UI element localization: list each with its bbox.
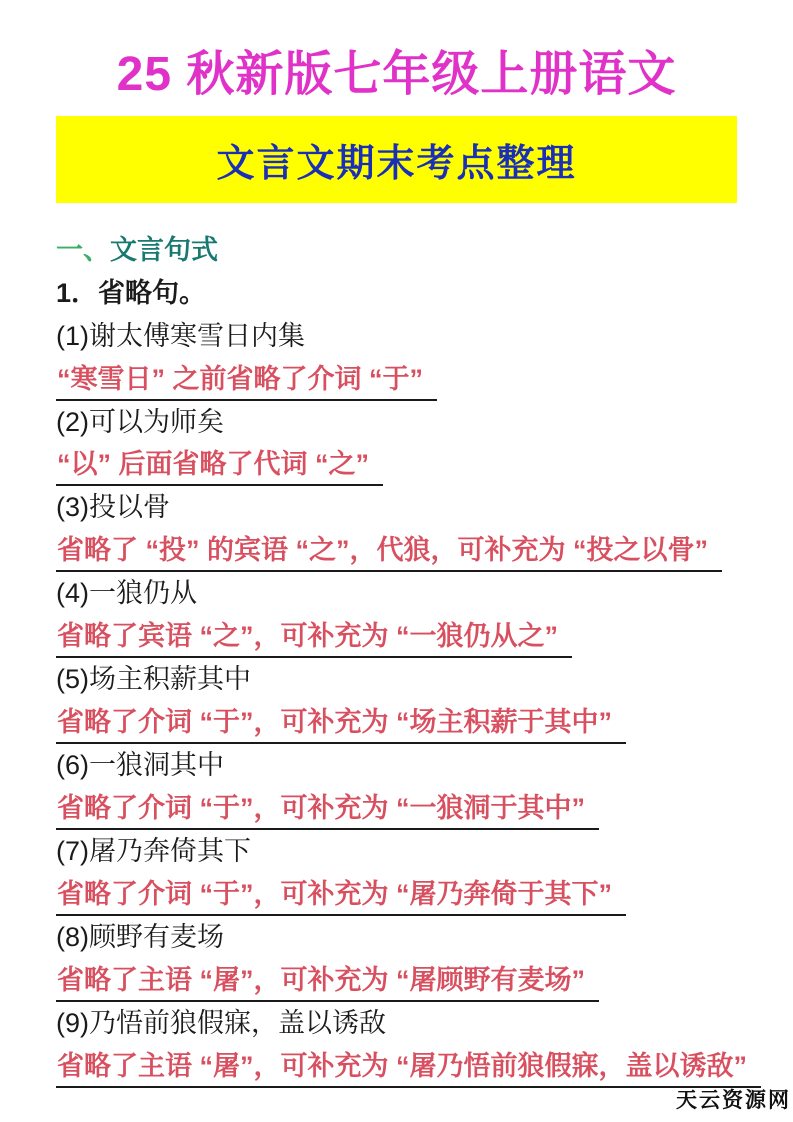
watermark: 天云资源网 [676,1084,791,1114]
page-title: 25 秋新版七年级上册语文 [0,0,793,104]
document-page: 25 秋新版七年级上册语文 文言文期末考点整理 一、文言句式 1．省略句。 (1… [0,0,793,1122]
question-line: (4)一狼仍从 [56,572,737,615]
answer-line: “寒雪日” 之前省略了介词 “于” [56,358,737,401]
question-line: (2)可以为师矣 [56,401,737,444]
answer-text: 省略了主语 “屠”，可补充为 “屠顾野有麦场” [56,960,599,1002]
answer-line: 省略了介词 “于”，可补充为 “场主积薪于其中” [56,701,737,744]
section-number: 一、 [56,235,110,265]
answer-text: 省略了介词 “于”，可补充为 “场主积薪于其中” [56,702,626,744]
question-line: (7)屠乃奔倚其下 [56,830,737,873]
answer-text: “寒雪日” 之前省略了介词 “于” [56,359,437,401]
banner-title: 文言文期末考点整理 [216,132,576,187]
question-line: (9)乃悟前狼假寐，盖以诱敌 [56,1002,737,1045]
section-title: 文言句式 [110,235,218,265]
answer-text: 省略了 “投” 的宾语 “之”，代狼，可补充为 “投之以骨” [56,530,722,572]
section-heading: 一、文言句式 [56,229,737,272]
question-line: (1)谢太傅寒雪日内集 [56,315,737,358]
answer-line: 省略了主语 “屠”，可补充为 “屠顾野有麦场” [56,959,737,1002]
answer-text: 省略了介词 “于”，可补充为 “一狼洞于其中” [56,788,599,830]
answer-line: 省略了主语 “屠”，可补充为 “屠乃悟前狼假寐，盖以诱敌” [56,1045,737,1088]
banner: 文言文期末考点整理 [56,116,737,203]
answer-text: 省略了主语 “屠”，可补充为 “屠乃悟前狼假寐，盖以诱敌” [56,1046,761,1088]
answer-line: 省略了 “投” 的宾语 “之”，代狼，可补充为 “投之以骨” [56,529,737,572]
answer-text: “以” 后面省略了代词 “之” [56,444,383,486]
answer-text: 省略了介词 “于”，可补充为 “屠乃奔倚于其下” [56,874,626,916]
subsection-title: 1．省略句。 [56,272,737,315]
question-line: (3)投以骨 [56,486,737,529]
question-line: (6)一狼洞其中 [56,744,737,787]
qa-list: (1)谢太傅寒雪日内集 “寒雪日” 之前省略了介词 “于” (2)可以为师矣 “… [56,315,737,1088]
question-line: (8)顾野有麦场 [56,916,737,959]
answer-line: 省略了介词 “于”，可补充为 “一狼洞于其中” [56,787,737,830]
answer-line: “以” 后面省略了代词 “之” [56,443,737,486]
question-line: (5)场主积薪其中 [56,658,737,701]
answer-line: 省略了介词 “于”，可补充为 “屠乃奔倚于其下” [56,873,737,916]
content-area: 一、文言句式 1．省略句。 (1)谢太傅寒雪日内集 “寒雪日” 之前省略了介词 … [0,203,793,1088]
answer-line: 省略了宾语 “之”，可补充为 “一狼仍从之” [56,615,737,658]
answer-text: 省略了宾语 “之”，可补充为 “一狼仍从之” [56,616,572,658]
